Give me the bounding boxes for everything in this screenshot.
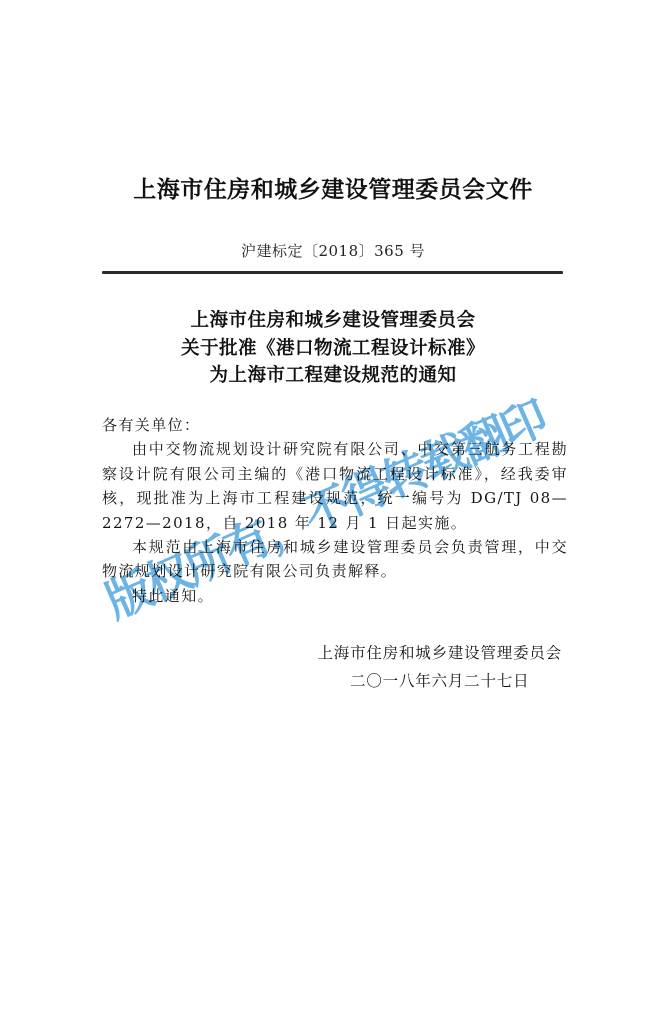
doc-header-title: 上海市住房和城乡建设管理委员会文件	[0, 171, 666, 204]
document-page: 上海市住房和城乡建设管理委员会文件 沪建标定〔2018〕365 号 上海市住房和…	[0, 0, 666, 1024]
body-paragraph-2: 本规范由上海市住房和城乡建设管理委员会负责管理，中交物流规划设计研究院有限公司负…	[102, 535, 568, 584]
header-rule	[102, 271, 563, 274]
signature-date: 二〇一八年六月二十七日	[317, 668, 562, 696]
signature-org: 上海市住房和城乡建设管理委员会	[317, 640, 562, 668]
doc-number: 沪建标定〔2018〕365 号	[0, 240, 666, 261]
signature-block: 上海市住房和城乡建设管理委员会 二〇一八年六月二十七日	[317, 640, 562, 695]
notice-title-line-1: 上海市住房和城乡建设管理委员会	[0, 307, 666, 335]
body-paragraph-1: 由中交物流规划设计研究院有限公司、中交第三航务工程勘察设计院有限公司主编的《港口…	[102, 437, 568, 535]
notice-title: 上海市住房和城乡建设管理委员会 关于批准《港口物流工程设计标准》 为上海市工程建…	[0, 307, 666, 390]
doc-body: 各有关单位： 由中交物流规划设计研究院有限公司、中交第三航务工程勘察设计院有限公…	[102, 413, 568, 608]
notice-title-line-2: 关于批准《港口物流工程设计标准》	[0, 335, 666, 363]
salutation: 各有关单位：	[102, 413, 568, 437]
body-paragraph-3: 特此通知。	[102, 584, 568, 608]
notice-title-line-3: 为上海市工程建设规范的通知	[0, 362, 666, 390]
